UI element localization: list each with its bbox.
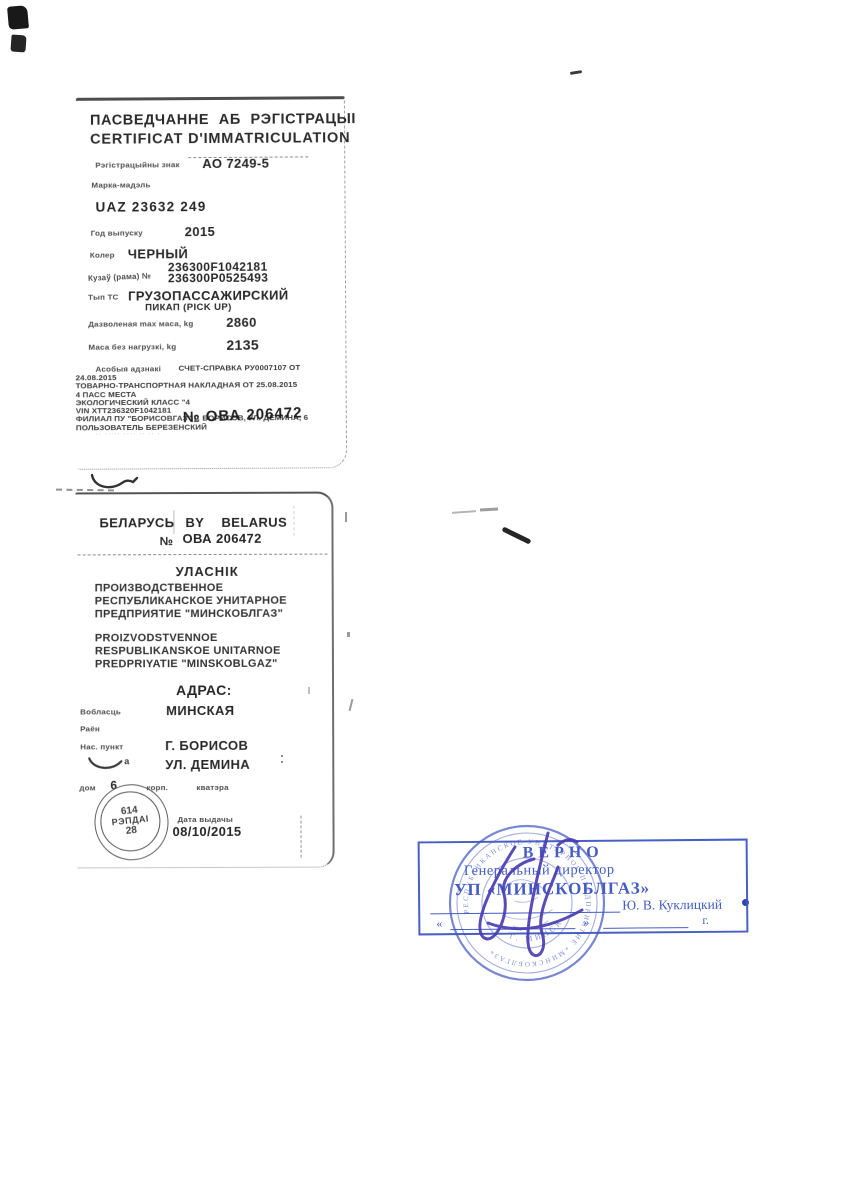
fine-print-line: ТОВАРНО-ТРАНСПОРТНАЯ НАКЛАДНАЯ ОТ 25.08.… [76,382,308,391]
issuing-office-round-stamp: 614 РЭПДАІ 28 [91,780,173,864]
locality-value: Г. БОРИСОВ [165,738,248,753]
svg-text:а: а [124,756,130,766]
divider [78,554,328,556]
round-stamp-inner-ring: 614 РЭПДАІ 28 [97,788,163,854]
certificate-number-value: ОВА 206472 [182,531,261,546]
country-code: BY [185,515,204,530]
scan-artifact-speck [349,699,354,711]
owner-heading: УЛАСНІК [176,564,239,579]
color-label: Колер [90,251,115,260]
printer-note: ·· ····· ···· ·· ·· · [96,431,161,437]
registration-certificate-front: ПАСВЕДЧАННЕ АБ РЭГІСТРАЦЫІ CERTIFICAT D'… [76,96,347,470]
header-separator [173,510,174,534]
body-number-value-2: 236300P0525493 [168,271,268,286]
region-label: Вобласць [80,708,121,717]
scan-artifact-pen-stroke [501,526,531,544]
max-mass-value: 2860 [226,315,257,330]
special-marks-value: СЧЕТ-СПРАВКА РУ0007107 ОТ [179,364,301,373]
scan-artifact-speck [345,512,347,522]
vehicle-type-subvalue: ПИКАП (PICK UP) [145,302,232,314]
issue-date-label: Дата выдачы [177,815,233,824]
street-label-pen-scribble: а [86,752,142,774]
owner-translit-line: RESPUBLIKANSKOE UNITARNOE [95,645,281,659]
max-mass-label: Дазволеная max маса, kg [88,319,193,328]
make-label: Марка-мадэль [91,181,150,190]
owner-translit-line: PROIZVODSTVENNOE [95,632,281,646]
certificate-number-label: № [159,534,173,548]
header-separator [293,506,294,536]
owner-ru-line: ПРЕДПРИЯТИЕ "МИНСКОБЛГАЗ" [95,608,287,622]
owner-name-ru: ПРОИЗВОДСТВЕННОЕ РЕСПУБЛИКАНСКОЕ УНИТАРН… [95,582,287,622]
scan-artifact-dash [570,70,582,75]
card2-top-lead-dashes [56,489,114,492]
address-heading: АДРАС: [176,682,232,698]
region-value: МИНСКАЯ [166,703,234,718]
apartment-label: кватэра [196,783,228,792]
year-value: 2015 [185,224,216,239]
reg-mark-label: Рэгістрацыйны знак [95,160,179,169]
year-label: Год выпуску [91,229,143,238]
scan-artifact-dash [480,508,498,511]
country-name-en: BELARUS [221,515,287,530]
owner-name-translit: PROIZVODSTVENNOE RESPUBLIKANSKOE UNITARN… [95,632,281,672]
scan-artifact-blob [10,34,26,52]
issue-date-value: 08/10/2015 [173,824,242,839]
district-label: Раён [80,725,100,734]
handwritten-signature [430,815,630,975]
make-value: UAZ 23632 249 [95,199,206,215]
scan-artifact-dash [452,510,476,514]
certificate-title-fr: CERTIFICAT D'IMMATRICULATION [90,130,350,148]
scan-artifact-speck [347,632,350,637]
scanned-document-page: { "cert_front": { "title_line1": "ПАСВЕД… [0,0,842,1200]
crease-dashed-line [300,816,301,858]
owner-translit-line: PREDPRIYATIE "MINSKOBLGAZ" [95,658,281,672]
registration-certificate-back: БЕЛАРУСЬ BY BELARUS № ОВА 206472 УЛАСНІК… [75,492,334,869]
unladen-mass-label: Маса без нагрузкі, kg [88,342,176,351]
special-marks-label: Асобыя адзнакі [95,365,161,374]
country-name-by: БЕЛАРУСЬ [99,515,174,530]
unladen-mass-value: 2135 [226,337,259,353]
certificate-title-by: ПАСВЕДЧАННЕ АБ РЭГІСТРАЦЫІ [90,111,356,129]
street-value: УЛ. ДЕМИНА [165,757,250,772]
locality-label: Нас. пункт [80,743,123,752]
round-stamp-line3: 28 [125,825,137,837]
vehicle-type-label: Тып ТС [88,293,119,302]
owner-ru-line: ПРОИЗВОДСТВЕННОЕ [95,582,287,596]
scan-artifact-blob [7,5,29,30]
date-suffix: г. [702,913,709,928]
reg-mark-value: АО 7249-5 [202,156,269,171]
body-number-label: Кузаў (рама) № [88,271,151,283]
house-label: дом [79,784,95,793]
owner-ru-line: РЕСПУБЛИКАНСКОЕ УНИТАРНОЕ [95,595,287,609]
approval-stamp-signer-name: Ю. В. Куклицкий [622,897,722,914]
